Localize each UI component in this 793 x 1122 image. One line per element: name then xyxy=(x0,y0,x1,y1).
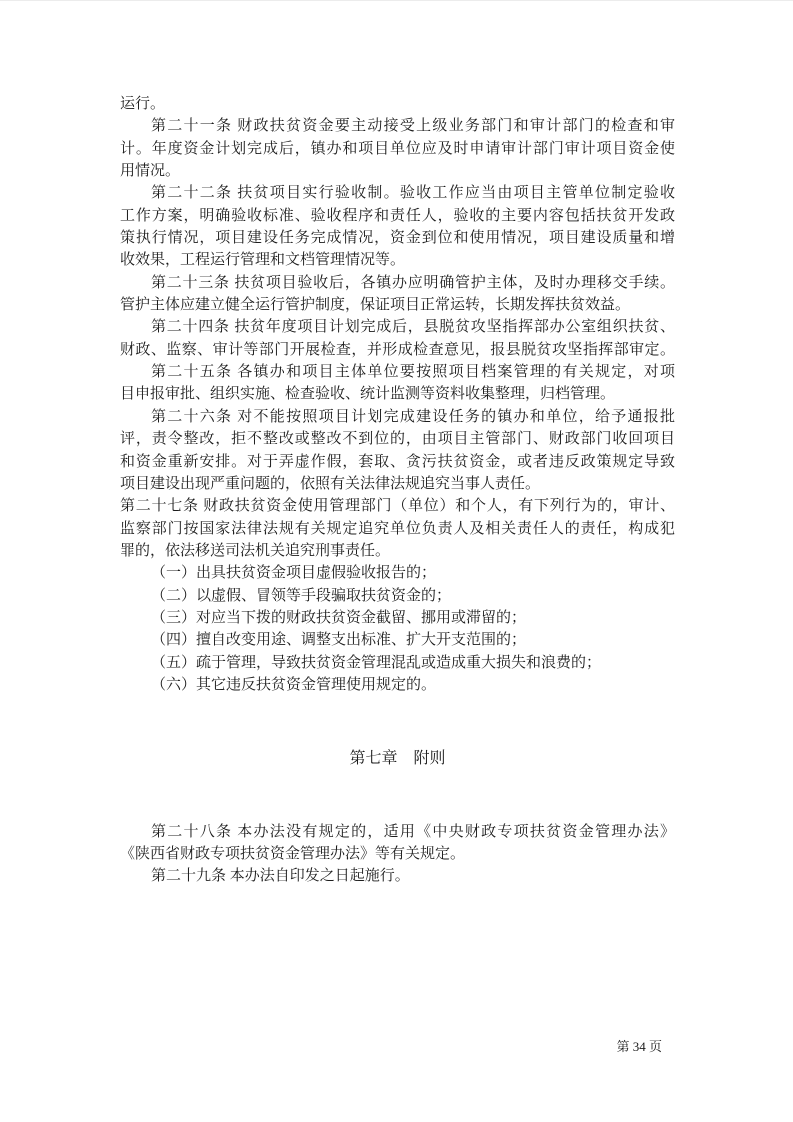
text-line: 第二十八条 本办法没有规定的，适用《中央财政专项扶贫资金管理办法》 xyxy=(120,821,675,843)
text-line: 和资金重新安排。对于弄虚作假，套取、贪污扶贫资金，或者违反政策规定导致 xyxy=(120,451,675,473)
text-line: （六）其它违反扶贫资金管理使用规定的。 xyxy=(120,674,675,696)
text-line: （一）出具扶贫资金项目虚假验收报告的； xyxy=(120,562,675,584)
text-line: 第二十四条 扶贫年度项目计划完成后，县脱贫攻坚指挥部办公室组织扶贫、 xyxy=(120,316,675,338)
text-line: 策执行情况，项目建设任务完成情况，资金到位和使用情况，项目建设质量和增 xyxy=(120,227,675,249)
text-line: （三）对应当下拨的财政扶贫资金截留、挪用或滞留的； xyxy=(120,607,675,629)
text-line: 计。年度资金计划完成后，镇办和项目单位应及时申请审计部门审计项目资金使 xyxy=(120,138,675,160)
closing-lines-container: 第二十八条 本办法没有规定的，适用《中央财政专项扶贫资金管理办法》《陕西省财政专… xyxy=(120,821,675,888)
text-line: 目申报审批、组织实施、检查验收、统计监测等资料收集整理，归档管理。 xyxy=(120,383,675,405)
text-line: （二）以虚假、冒领等手段骗取扶贫资金的； xyxy=(120,585,675,607)
chapter-heading: 第七章 附则 xyxy=(120,748,675,770)
text-line: 罪的，依法移送司法机关追究刑事责任。 xyxy=(120,540,675,562)
text-line: 财政、监察、审计等部门开展检查，并形成检查意见，报县脱贫攻坚指挥部审定。 xyxy=(120,339,675,361)
text-line: 第二十二条 扶贫项目实行验收制。验收工作应当由项目主管单位制定验收 xyxy=(120,182,675,204)
text-line: 工作方案，明确验收标准、验收程序和责任人，验收的主要内容包括扶贫开发政 xyxy=(120,205,675,227)
text-line: 收效果，工程运行管理和文档管理情况等。 xyxy=(120,249,675,271)
text-line: 《陕西省财政专项扶贫资金管理办法》等有关规定。 xyxy=(120,843,675,865)
text-line: 管护主体应建立健全运行管护制度，保证项目正常运转，长期发挥扶贫效益。 xyxy=(120,294,675,316)
document-text-block: 运行。第二十一条 财政扶贫资金要主动接受上级业务部门和审计部门的检查和审计。年度… xyxy=(120,93,675,888)
text-line: （四）擅自改变用途、调整支出标准、扩大开支范围的； xyxy=(120,629,675,651)
document-page: 运行。第二十一条 财政扶贫资金要主动接受上级业务部门和审计部门的检查和审计。年度… xyxy=(0,0,793,1122)
text-line: 第二十三条 扶贫项目验收后，各镇办应明确管护主体，及时办理移交手续。 xyxy=(120,272,675,294)
body-lines-container: 运行。第二十一条 财政扶贫资金要主动接受上级业务部门和审计部门的检查和审计。年度… xyxy=(120,93,675,696)
page-number: 第 34 页 xyxy=(616,1039,662,1055)
text-line: （五）疏于管理，导致扶贫资金管理混乱或造成重大损失和浪费的； xyxy=(120,652,675,674)
text-line: 第二十一条 财政扶贫资金要主动接受上级业务部门和审计部门的检查和审 xyxy=(120,115,675,137)
text-line: 第二十五条 各镇办和项目主体单位要按照项目档案管理的有关规定，对项 xyxy=(120,361,675,383)
text-line: 监察部门按国家法律法规有关规定追究单位负责人及相关责任人的责任，构成犯 xyxy=(120,518,675,540)
text-line: 用情况。 xyxy=(120,160,675,182)
text-line: 运行。 xyxy=(120,93,675,115)
text-line: 第二十六条 对不能按照项目计划完成建设任务的镇办和单位，给予通报批 xyxy=(120,406,675,428)
text-line: 项目建设出现严重问题的，依照有关法律法规追究当事人责任。 xyxy=(120,473,675,495)
text-line: 评，责令整改，拒不整改或整改不到位的，由项目主管部门、财政部门收回项目 xyxy=(120,428,675,450)
text-line: 第二十七条 财政扶贫资金使用管理部门（单位）和个人，有下列行为的，审计、 xyxy=(120,495,675,517)
text-line: 第二十九条 本办法自印发之日起施行。 xyxy=(120,865,675,887)
